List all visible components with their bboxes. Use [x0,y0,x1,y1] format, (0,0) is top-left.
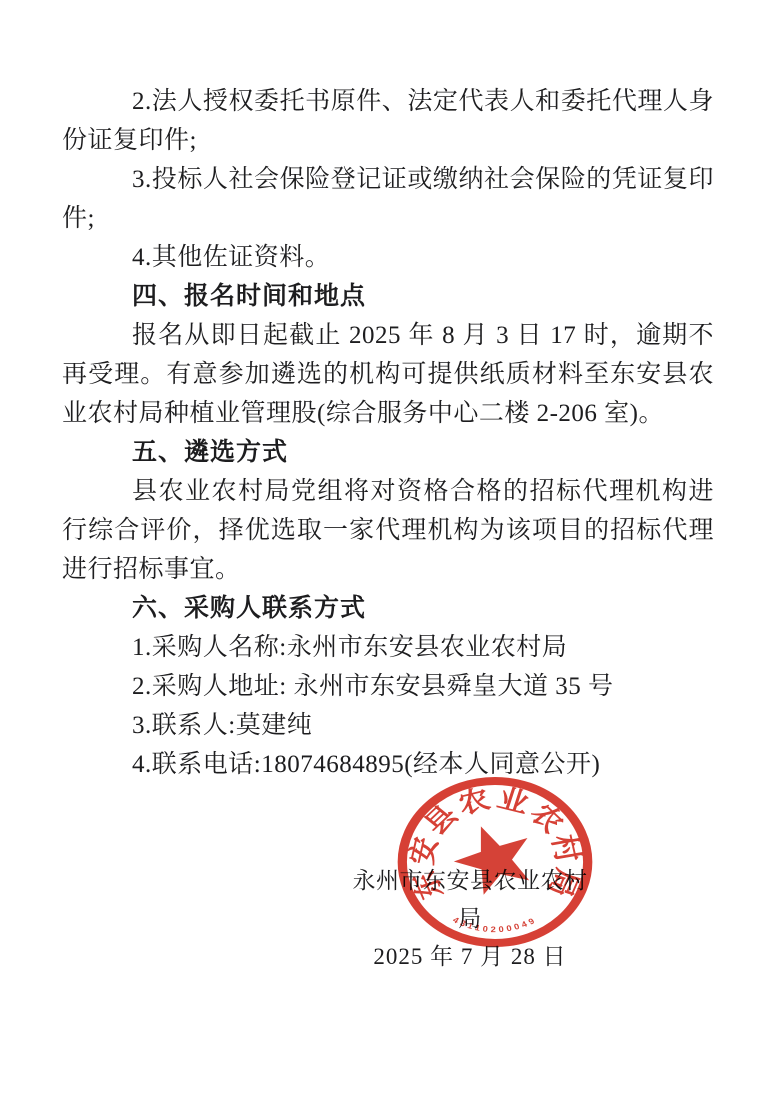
section-heading-6: 六、采购人联系方式 [62,589,714,628]
paragraph-contact-person: 3.联系人:莫建纯 [62,706,714,745]
signature-block: 永州市东安县农业农村局 2025 年 7 月 28 日 [344,862,596,976]
paragraph-materials-2: 2.法人授权委托书原件、法定代表人和委托代理人身份证复印件; [62,82,714,160]
document-body: 2.法人授权委托书原件、法定代表人和委托代理人身份证复印件; 3.投标人社会保险… [62,82,714,784]
document-page: 2.法人授权委托书原件、法定代表人和委托代理人身份证复印件; 3.投标人社会保险… [0,0,775,1104]
section-heading-5: 五、遴选方式 [62,433,714,472]
signature-date: 2025 年 7 月 28 日 [344,938,596,976]
section-heading-4: 四、报名时间和地点 [62,277,714,316]
paragraph-purchaser-address: 2.采购人地址: 永州市东安县舜皇大道 35 号 [62,667,714,706]
paragraph-materials-4: 4.其他佐证资料。 [62,238,714,277]
paragraph-contact-phone: 4.联系电话:18074684895(经本人同意公开) [62,745,714,784]
paragraph-selection: 县农业农村局党组将对资格合格的招标代理机构进行综合评价，择优选取一家代理机构为该… [62,472,714,589]
signature-org: 永州市东安县农业农村局 [344,862,596,938]
paragraph-purchaser-name: 1.采购人名称:永州市东安县农业农村局 [62,628,714,667]
paragraph-materials-3: 3.投标人社会保险登记证或缴纳社会保险的凭证复印件; [62,160,714,238]
paragraph-registration: 报名从即日起截止 2025 年 8 月 3 日 17 时，逾期不再受理。有意参加… [62,316,714,433]
